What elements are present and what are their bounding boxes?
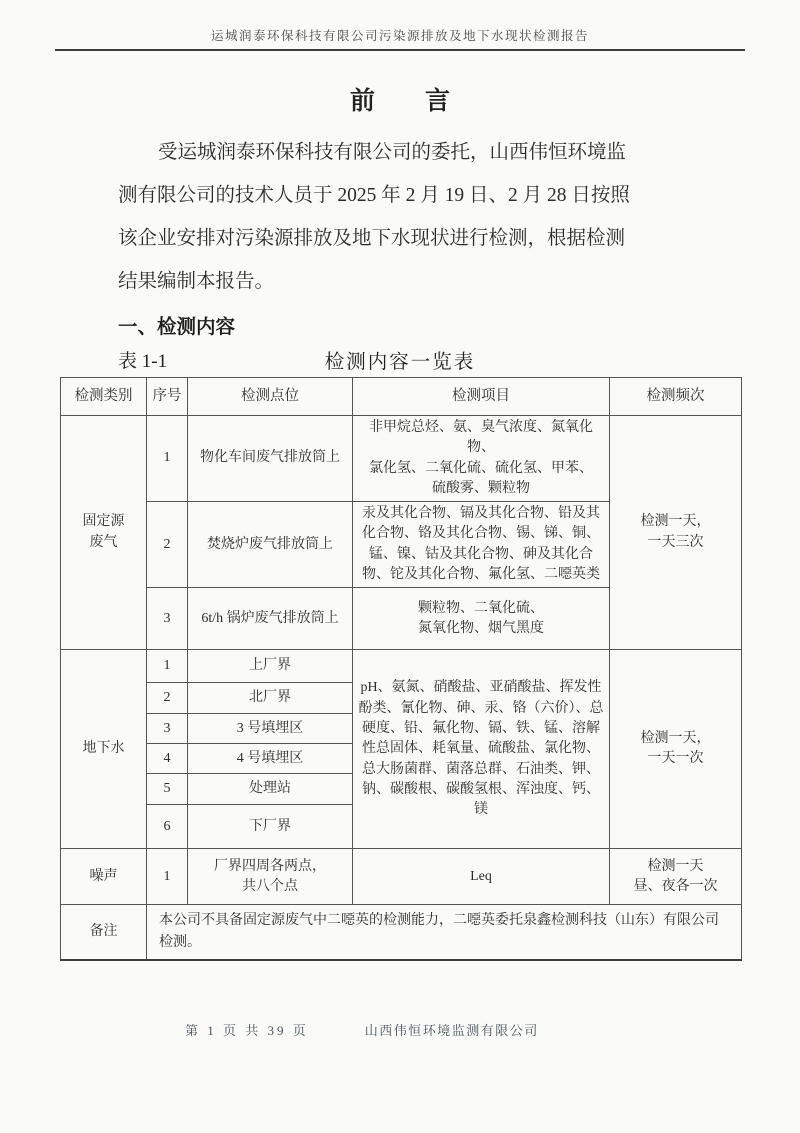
header-rule — [55, 49, 745, 51]
items-cell: 汞及其化合物、镉及其化合物、铅及其化合物、铬及其化合物、锡、锑、铜、锰、镍、钴及… — [353, 502, 610, 588]
footer-inner: 第 1 页 共 39 页 山西伟恒环境监测有限公司 — [185, 1020, 800, 1039]
report-page: 运城润泰环保科技有限公司污染源排放及地下水现状检测报告 前 言 受运城润泰环保科… — [0, 0, 800, 1133]
items-cell-groundwater: pH、氨氮、硝酸盐、亚硝酸盐、挥发性酚类、氰化物、砷、汞、铬（六价）、总硬度、铅… — [353, 650, 610, 849]
header-title: 运城润泰环保科技有限公司污染源排放及地下水现状检测报告 — [0, 26, 800, 44]
table-row: 固定源 废气 1 物化车间废气排放筒上 非甲烷总烃、氨、臭气浓度、氮氧化物、 氯… — [61, 416, 742, 502]
preface-title: 前 言 — [0, 81, 800, 117]
column-header-category: 检测类别 — [61, 378, 147, 416]
frequency-cell-noise: 检测一天 昼、夜各一次 — [610, 849, 742, 905]
remark-label-cell: 备注 — [61, 905, 147, 960]
frequency-cell-groundwater: 检测一天， 一天一次 — [610, 650, 742, 849]
table-row: 地下水 1 上厂界 pH、氨氮、硝酸盐、亚硝酸盐、挥发性酚类、氰化物、砷、汞、铬… — [61, 650, 742, 683]
category-cell-groundwater: 地下水 — [61, 650, 147, 849]
category-cell-waste-gas: 固定源 废气 — [61, 416, 147, 650]
table-caption: 检测内容一览表 — [0, 346, 800, 374]
point-cell: 处理站 — [188, 774, 353, 805]
point-cell: 4 号填埋区 — [188, 744, 353, 774]
seq-cell: 3 — [147, 714, 188, 744]
footer-company: 山西伟恒环境监测有限公司 — [365, 1020, 539, 1039]
items-cell: 非甲烷总烃、氨、臭气浓度、氮氧化物、 氯化氢、二氧化硫、硫化氢、甲苯、 硫酸雾、… — [353, 416, 610, 502]
page-header: 运城润泰环保科技有限公司污染源排放及地下水现状检测报告 — [0, 0, 800, 51]
point-cell: 物化车间废气排放筒上 — [188, 416, 353, 502]
detection-content-table: 检测类别 序号 检测点位 检测项目 检测频次 固定源 废气 1 物化车间废气排放… — [60, 377, 742, 961]
preface-line: 测有限公司的技术人员于 2025 年 2 月 19 日、2 月 28 日按照 — [118, 174, 696, 217]
seq-cell: 1 — [147, 849, 188, 905]
seq-cell: 3 — [147, 588, 188, 650]
point-cell: 3 号填埋区 — [188, 714, 353, 744]
items-cell: Leq — [353, 849, 610, 905]
seq-cell: 4 — [147, 744, 188, 774]
category-cell-noise: 噪声 — [61, 849, 147, 905]
column-header-point: 检测点位 — [188, 378, 353, 416]
remark-text-cell: 本公司不具备固定源废气中二噁英的检测能力，二噁英委托泉鑫检测科技（山东）有限公司… — [147, 905, 742, 960]
point-cell: 上厂界 — [188, 650, 353, 683]
point-cell: 厂界四周各两点， 共八个点 — [188, 849, 353, 905]
preface-paragraph: 受运城润泰环保科技有限公司的委托，山西伟恒环境监 测有限公司的技术人员于 202… — [118, 131, 696, 303]
column-header-items: 检测项目 — [353, 378, 610, 416]
preface-line: 该企业安排对污染源排放及地下水现状进行检测，根据检测 — [118, 217, 696, 260]
column-header-frequency: 检测频次 — [610, 378, 742, 416]
point-cell: 6t/h 锅炉废气排放筒上 — [188, 588, 353, 650]
seq-cell: 2 — [147, 683, 188, 714]
seq-cell: 1 — [147, 650, 188, 683]
section-heading: 一、检测内容 — [118, 311, 800, 339]
point-cell: 下厂界 — [188, 805, 353, 849]
seq-cell: 1 — [147, 416, 188, 502]
table-header-row: 检测类别 序号 检测点位 检测项目 检测频次 — [61, 378, 742, 416]
frequency-cell-waste-gas: 检测一天， 一天三次 — [610, 416, 742, 650]
seq-cell: 6 — [147, 805, 188, 849]
preface-line: 受运城润泰环保科技有限公司的委托，山西伟恒环境监 — [118, 131, 696, 174]
footer-page-number: 第 1 页 共 39 页 — [185, 1020, 309, 1039]
table-row: 备注 本公司不具备固定源废气中二噁英的检测能力，二噁英委托泉鑫检测科技（山东）有… — [61, 905, 742, 960]
items-cell: 颗粒物、二氧化硫、 氮氧化物、烟气黑度 — [353, 588, 610, 650]
column-header-number: 序号 — [147, 378, 188, 416]
table-row: 噪声 1 厂界四周各两点， 共八个点 Leq 检测一天 昼、夜各一次 — [61, 849, 742, 905]
seq-cell: 2 — [147, 502, 188, 588]
table-caption-row: 表 1-1 检测内容一览表 — [0, 346, 800, 373]
point-cell: 北厂界 — [188, 683, 353, 714]
point-cell: 焚烧炉废气排放筒上 — [188, 502, 353, 588]
preface-line: 结果编制本报告。 — [118, 260, 696, 303]
page-footer: 第 1 页 共 39 页 山西伟恒环境监测有限公司 — [0, 1020, 800, 1039]
seq-cell: 5 — [147, 774, 188, 805]
